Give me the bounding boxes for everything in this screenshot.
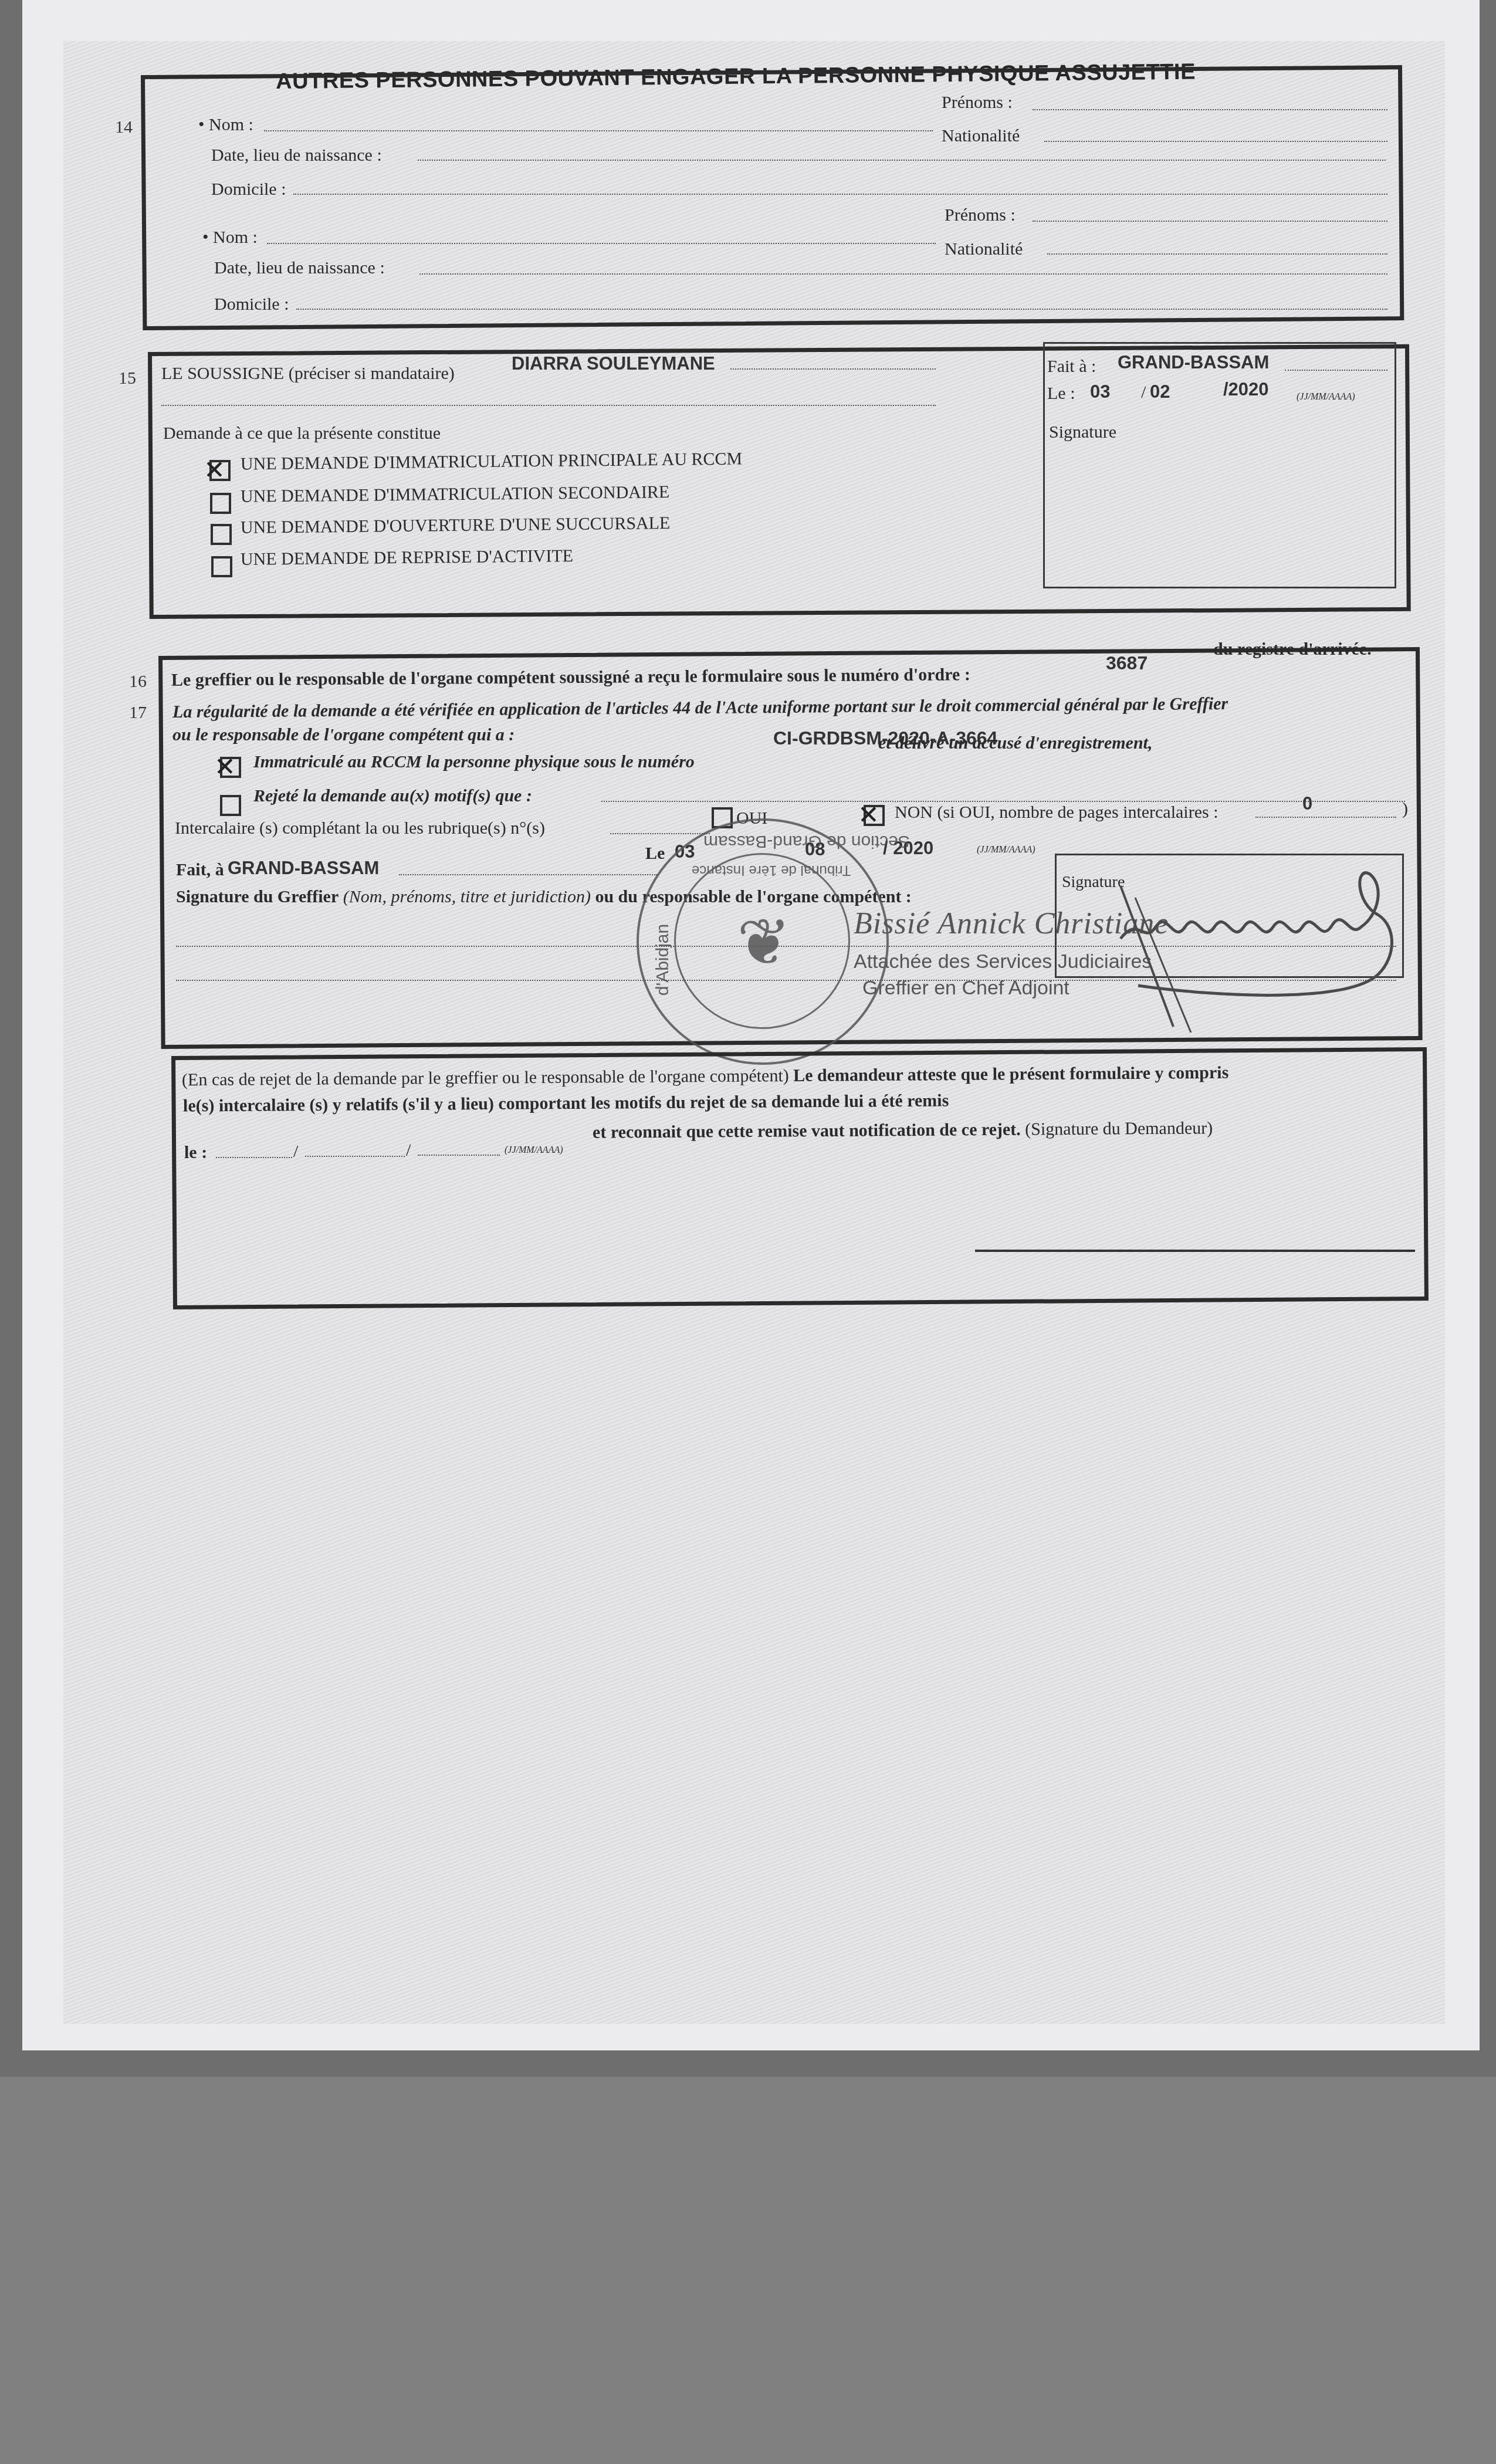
section-14-number: 14	[115, 117, 133, 137]
signature-label-15: Signature	[1049, 422, 1116, 442]
rejection-month-field[interactable]	[305, 1156, 405, 1157]
person1-prenoms-label: Prénoms :	[942, 93, 1013, 113]
person2-domicile-field[interactable]	[296, 309, 1387, 310]
date-format-15: (JJ/MM/AAAA)	[1297, 392, 1355, 402]
option-secondaire-checkbox[interactable]	[210, 493, 231, 514]
date-day-15[interactable]: 03	[1090, 381, 1110, 402]
demande-label: Demande à ce que la présente constitue	[163, 424, 441, 444]
option-reprise-label: UNE DEMANDE DE REPRISE D'ACTIVITE	[241, 546, 573, 570]
option-succursale-checkbox[interactable]	[211, 524, 232, 545]
signature-greffier-hint: (Nom, prénoms, titre et juridiction)	[343, 887, 591, 906]
nb-pages-intercalaires[interactable]: 0	[1302, 793, 1312, 814]
person1-nationalite-field[interactable]	[1044, 141, 1387, 142]
fait-a-value[interactable]: GRAND-BASSAM	[1118, 352, 1269, 373]
nb-pages-line	[1255, 817, 1396, 818]
section-17-number: 17	[129, 703, 147, 723]
section-14-box	[141, 65, 1404, 330]
accuse-label: et délivré un accusé d'enregistrement,	[878, 733, 1152, 753]
person1-domicile-field[interactable]	[293, 194, 1387, 195]
person1-prenoms-field[interactable]	[1033, 109, 1387, 110]
le-label-15: Le :	[1047, 384, 1075, 404]
stamp-text-inner: Tribunal de 1ère Instance	[692, 862, 851, 878]
date-year-15[interactable]: /2020	[1223, 379, 1269, 400]
soussigne-value[interactable]: DIARRA SOULEYMANE	[512, 353, 715, 374]
official-stamp: ❦ Section de Grand-Bassam d'Abidjan Trib…	[637, 818, 889, 1065]
soussigne-field-line-2	[161, 405, 936, 406]
person2-nationalite-field[interactable]	[1047, 253, 1387, 255]
person2-prenoms-label: Prénoms :	[945, 205, 1016, 225]
check-x-icon: ✕	[858, 803, 879, 828]
fait-a-label: Fait à :	[1047, 357, 1096, 377]
soussigne-field-line	[730, 368, 936, 370]
person2-nationalite-label: Nationalité	[945, 239, 1023, 259]
person1-nom-label: • Nom :	[198, 115, 253, 135]
non-label: NON (si OUI, nombre de pages intercalair…	[895, 803, 1218, 823]
person1-nationalite-label: Nationalité	[942, 126, 1020, 146]
immatricule-checkbox[interactable]: ✕	[220, 757, 241, 778]
stamp-inner-ring: ❦	[674, 853, 850, 1029]
rejection-date-sep-2: /	[406, 1140, 411, 1160]
rejete-motif-field[interactable]	[601, 801, 1405, 802]
person2-naissance-field[interactable]	[419, 273, 1387, 275]
person1-nom-field[interactable]	[264, 130, 933, 131]
rejete-checkbox[interactable]	[220, 795, 241, 816]
signatory-title-2: Greffier en Chef Adjoint	[862, 977, 1069, 1000]
fait-label-17: Fait, à	[176, 860, 224, 880]
person1-domicile-label: Domicile :	[211, 180, 286, 199]
numero-ordre[interactable]: 3687	[1106, 652, 1148, 674]
intercalaire-label: Intercalaire (s) complétant la ou les ru…	[175, 818, 545, 838]
rejection-day-field[interactable]	[216, 1157, 292, 1158]
stamp-text-top: Section de Grand-Bassam	[703, 831, 910, 851]
person2-domicile-label: Domicile :	[214, 295, 289, 314]
soussigne-label: LE SOUSSIGNE (préciser si mandataire)	[161, 364, 455, 384]
date-month-15[interactable]: 02	[1150, 381, 1170, 402]
section-15-number: 15	[119, 368, 136, 388]
signature-greffier-title: Signature du Greffier	[176, 887, 339, 906]
rejection-line-1a: (En cas de rejet de la demande par le gr…	[182, 1066, 789, 1089]
close-paren: )	[1402, 799, 1408, 819]
handwritten-signature	[1103, 862, 1408, 1033]
fait-line-17	[399, 874, 657, 875]
check-x-icon: ✕	[204, 458, 225, 483]
person1-naissance-field[interactable]	[418, 160, 1386, 161]
rejection-date-format: (JJ/MM/AAAA)	[505, 1145, 563, 1156]
option-reprise-checkbox[interactable]	[211, 556, 232, 577]
section-17-intro-2: ou le responsable de l'organe compétent …	[172, 725, 515, 745]
rejection-line-1b: Le demandeur atteste que le présent form…	[793, 1063, 1228, 1085]
fait-value-17[interactable]: GRAND-BASSAM	[228, 858, 379, 879]
rejection-year-field[interactable]	[418, 1155, 500, 1156]
intercalaire-field[interactable]	[610, 833, 710, 834]
demandeur-signature-line[interactable]	[975, 1250, 1415, 1252]
non-checkbox[interactable]: ✕	[864, 805, 885, 826]
person1-naissance-label: Date, lieu de naissance :	[211, 145, 382, 165]
rejection-line-3c: (Signature du Demandeur)	[1025, 1118, 1213, 1139]
section-16-text-after: du registre d'arrivée.	[1213, 639, 1372, 659]
elephant-emblem-icon: ❦	[735, 908, 793, 978]
immatricule-label: Immatriculé au RCCM la personne physique…	[253, 752, 695, 772]
check-x-icon: ✕	[214, 754, 236, 780]
rejection-date-sep-1: /	[293, 1142, 298, 1162]
stamp-text-left: d'Abidjan	[653, 924, 673, 996]
section-16-number: 16	[129, 672, 147, 692]
date-format-17: (JJ/MM/AAAA)	[977, 845, 1035, 855]
le-label-17: Le	[645, 844, 665, 864]
fait-a-signature-box	[1043, 342, 1396, 588]
rejection-le-label: le :	[184, 1143, 207, 1163]
person2-prenoms-field[interactable]	[1033, 221, 1387, 222]
rejete-label: Rejeté la demande au(x) motif(s) que :	[253, 786, 532, 806]
person2-nom-label: • Nom :	[202, 228, 258, 248]
person2-naissance-label: Date, lieu de naissance :	[214, 258, 385, 278]
rejection-line-3b: et reconnait que cette remise vaut notif…	[593, 1120, 1021, 1142]
date-sep-15: /	[1141, 383, 1146, 402]
fait-a-line	[1285, 370, 1387, 371]
option-principale-checkbox[interactable]: ✕	[209, 460, 231, 481]
person2-nom-field[interactable]	[267, 243, 936, 244]
